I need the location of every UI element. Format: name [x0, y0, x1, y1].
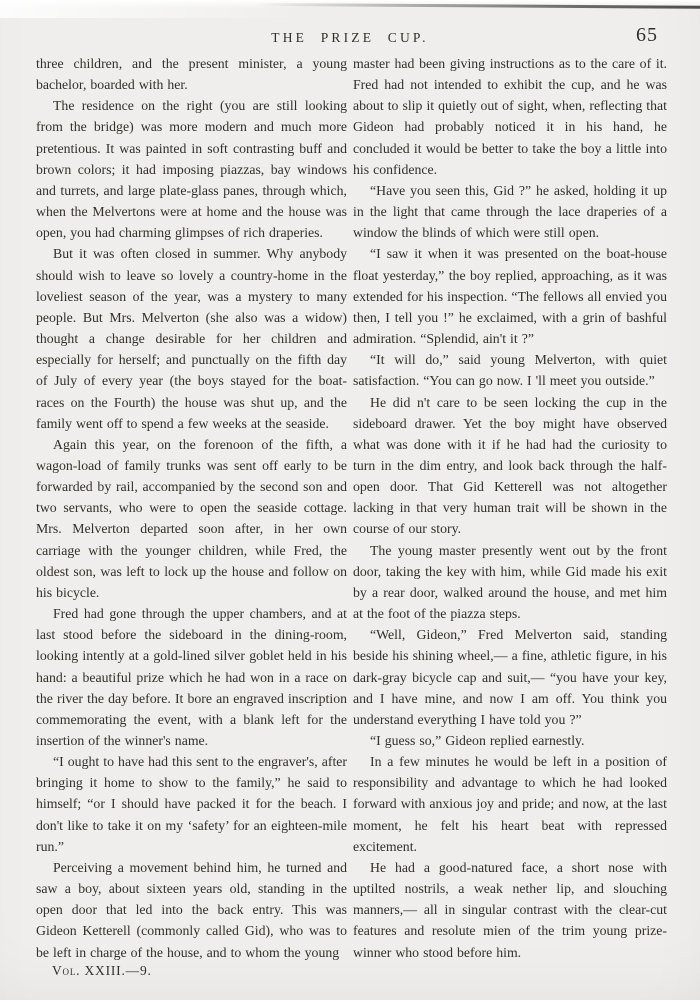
paragraph: The young master presently went out by t… [353, 540, 667, 625]
paragraph: Again this year, on the forenoon of the … [36, 434, 347, 603]
paragraph: “It will do,” said young Melverton, with… [353, 349, 667, 391]
paragraph: “I saw it when it was presented on the b… [353, 243, 667, 349]
running-title: THE PRIZE CUP. [0, 30, 700, 46]
left-column: three children, and the present minister… [36, 53, 347, 963]
paragraph: “Have you seen this, Gid ?” he asked, ho… [353, 180, 667, 243]
paragraph: In a few minutes he would be left in a p… [353, 751, 667, 857]
paragraph: Perceiving a movement behind him, he tur… [36, 857, 347, 963]
right-column: master had been giving instructions as t… [353, 53, 667, 963]
paragraph: The residence on the right (you are stil… [36, 95, 347, 243]
paragraph: master had been giving instructions as t… [353, 53, 667, 180]
paragraph: He had a good-natured face, a short nose… [353, 857, 667, 963]
paragraph: “I ought to have had this sent to the en… [36, 751, 347, 857]
book-page: THE PRIZE CUP. 65 three children, and th… [0, 0, 700, 1000]
paragraph: “Well, Gideon,” Fred Melverton said, sta… [353, 624, 667, 730]
paragraph: But it was often closed in summer. Why a… [36, 243, 347, 433]
paragraph: three children, and the present minister… [36, 53, 347, 95]
paragraph: He did n't care to be seen locking the c… [353, 392, 667, 540]
paragraph: Fred had gone through the upper chambers… [36, 603, 347, 751]
paragraph: “I guess so,” Gideon replied earnestly. [353, 730, 667, 751]
page-number: 65 [636, 24, 658, 47]
footer-signature: Vol. XXIII.—9. [52, 963, 152, 979]
